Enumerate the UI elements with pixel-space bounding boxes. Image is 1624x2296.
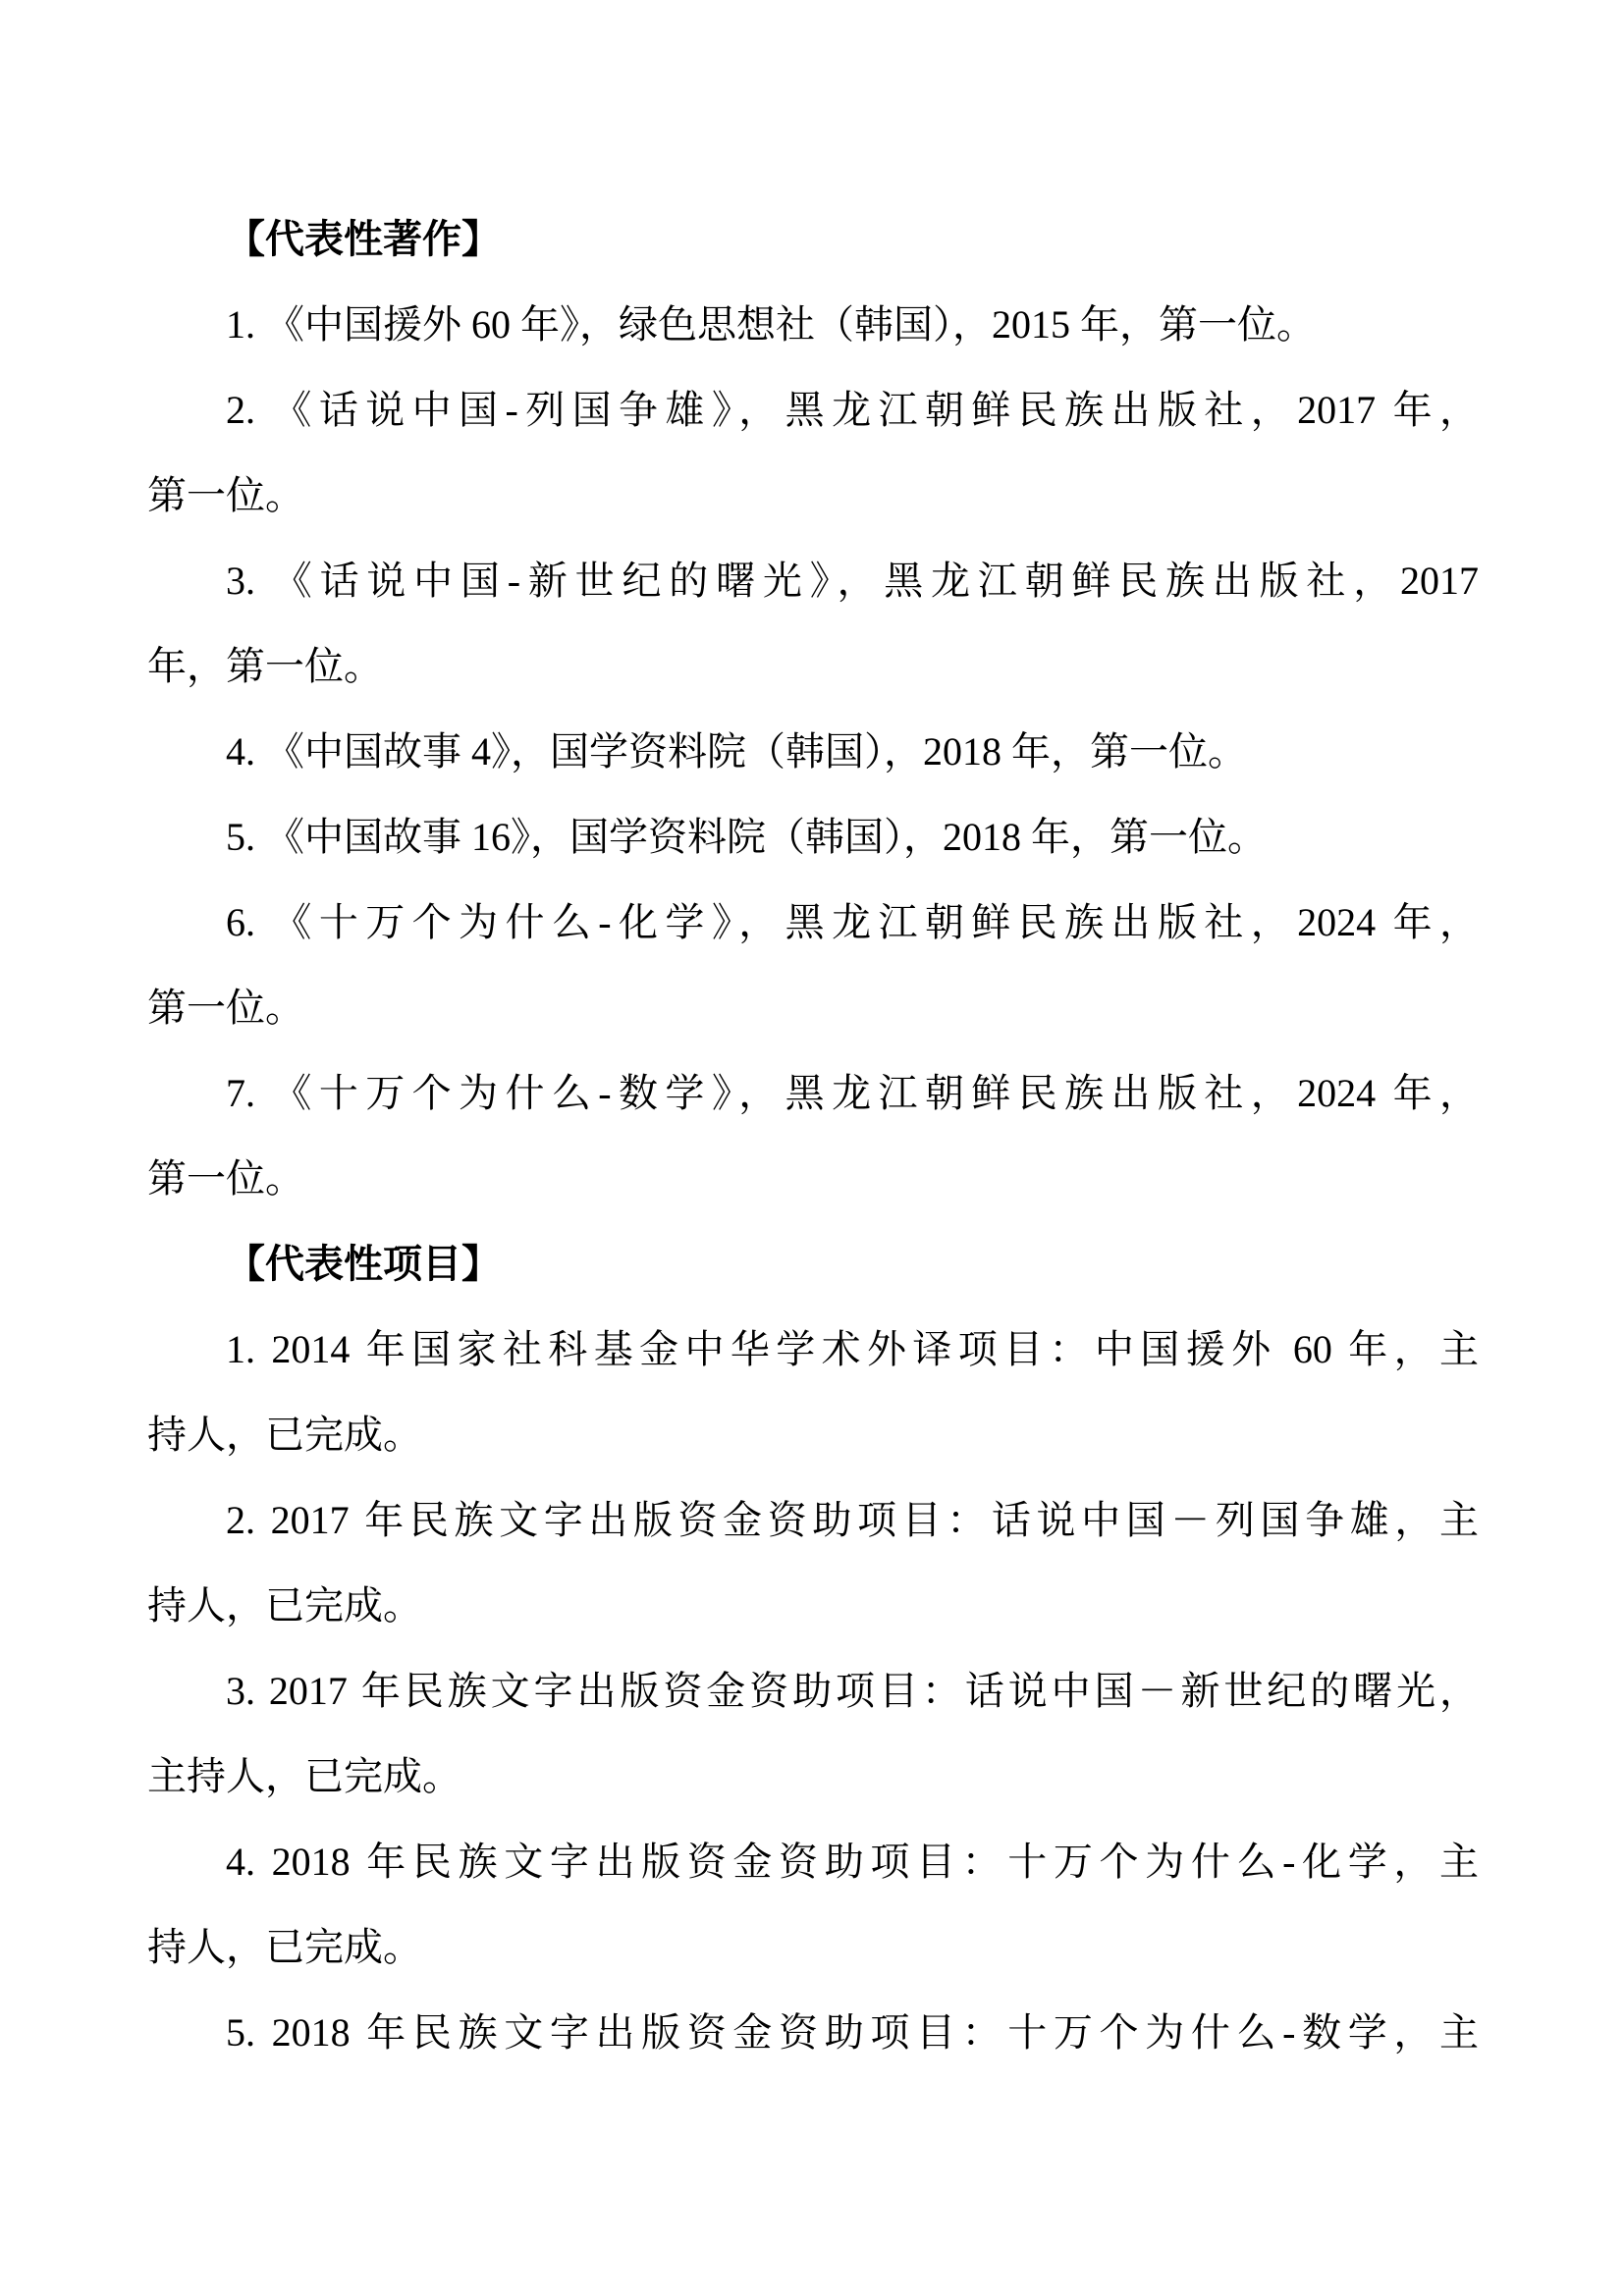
work-item-1-line-1: 1. 《中国援外 60 年》，绿色思想社（韩国），2015 年，第一位。 bbox=[147, 282, 1479, 367]
work-item-6-line-2: 第一位。 bbox=[147, 965, 1479, 1050]
project-item-3-line-1: 3. 2017 年民族文字出版资金资助项目：话说中国－新世纪的曙光， bbox=[147, 1648, 1479, 1734]
project-item-1-line-1: 1. 2014 年国家社科基金中华学术外译项目：中国援外 60 年，主 bbox=[147, 1307, 1479, 1392]
project-item-1-line-2: 持人，已完成。 bbox=[147, 1392, 1479, 1477]
document-page: 【代表性著作】 1. 《中国援外 60 年》，绿色思想社（韩国），2015 年，… bbox=[0, 0, 1624, 2296]
work-item-3-line-1: 3. 《话说中国-新世纪的曙光》，黑龙江朝鲜民族出版社，2017 bbox=[147, 538, 1479, 623]
project-item-2-line-1: 2. 2017 年民族文字出版资金资助项目：话说中国－列国争雄，主 bbox=[147, 1477, 1479, 1563]
projects-section-heading: 【代表性项目】 bbox=[147, 1221, 1479, 1307]
work-item-3-line-2: 年，第一位。 bbox=[147, 623, 1479, 709]
document-content: 【代表性著作】 1. 《中国援外 60 年》，绿色思想社（韩国），2015 年，… bbox=[147, 196, 1479, 2075]
project-item-2-line-2: 持人，已完成。 bbox=[147, 1563, 1479, 1648]
project-item-5-line-1: 5. 2018 年民族文字出版资金资助项目：十万个为什么-数学，主 bbox=[147, 1990, 1479, 2075]
project-item-3-line-2: 主持人，已完成。 bbox=[147, 1734, 1479, 1819]
project-item-4-line-1: 4. 2018 年民族文字出版资金资助项目：十万个为什么-化学，主 bbox=[147, 1819, 1479, 1904]
work-item-7-line-2: 第一位。 bbox=[147, 1136, 1479, 1221]
work-item-6-line-1: 6. 《十万个为什么-化学》，黑龙江朝鲜民族出版社，2024 年， bbox=[147, 880, 1479, 965]
work-item-2-line-2: 第一位。 bbox=[147, 453, 1479, 538]
work-item-4-line-1: 4. 《中国故事 4》，国学资料院（韩国），2018 年，第一位。 bbox=[147, 709, 1479, 794]
work-item-7-line-1: 7. 《十万个为什么-数学》，黑龙江朝鲜民族出版社，2024 年， bbox=[147, 1050, 1479, 1136]
project-item-4-line-2: 持人，已完成。 bbox=[147, 1904, 1479, 1990]
work-item-5-line-1: 5. 《中国故事 16》，国学资料院（韩国），2018 年，第一位。 bbox=[147, 794, 1479, 880]
works-section-heading: 【代表性著作】 bbox=[147, 196, 1479, 282]
work-item-2-line-1: 2. 《话说中国-列国争雄》，黑龙江朝鲜民族出版社，2017 年， bbox=[147, 367, 1479, 453]
